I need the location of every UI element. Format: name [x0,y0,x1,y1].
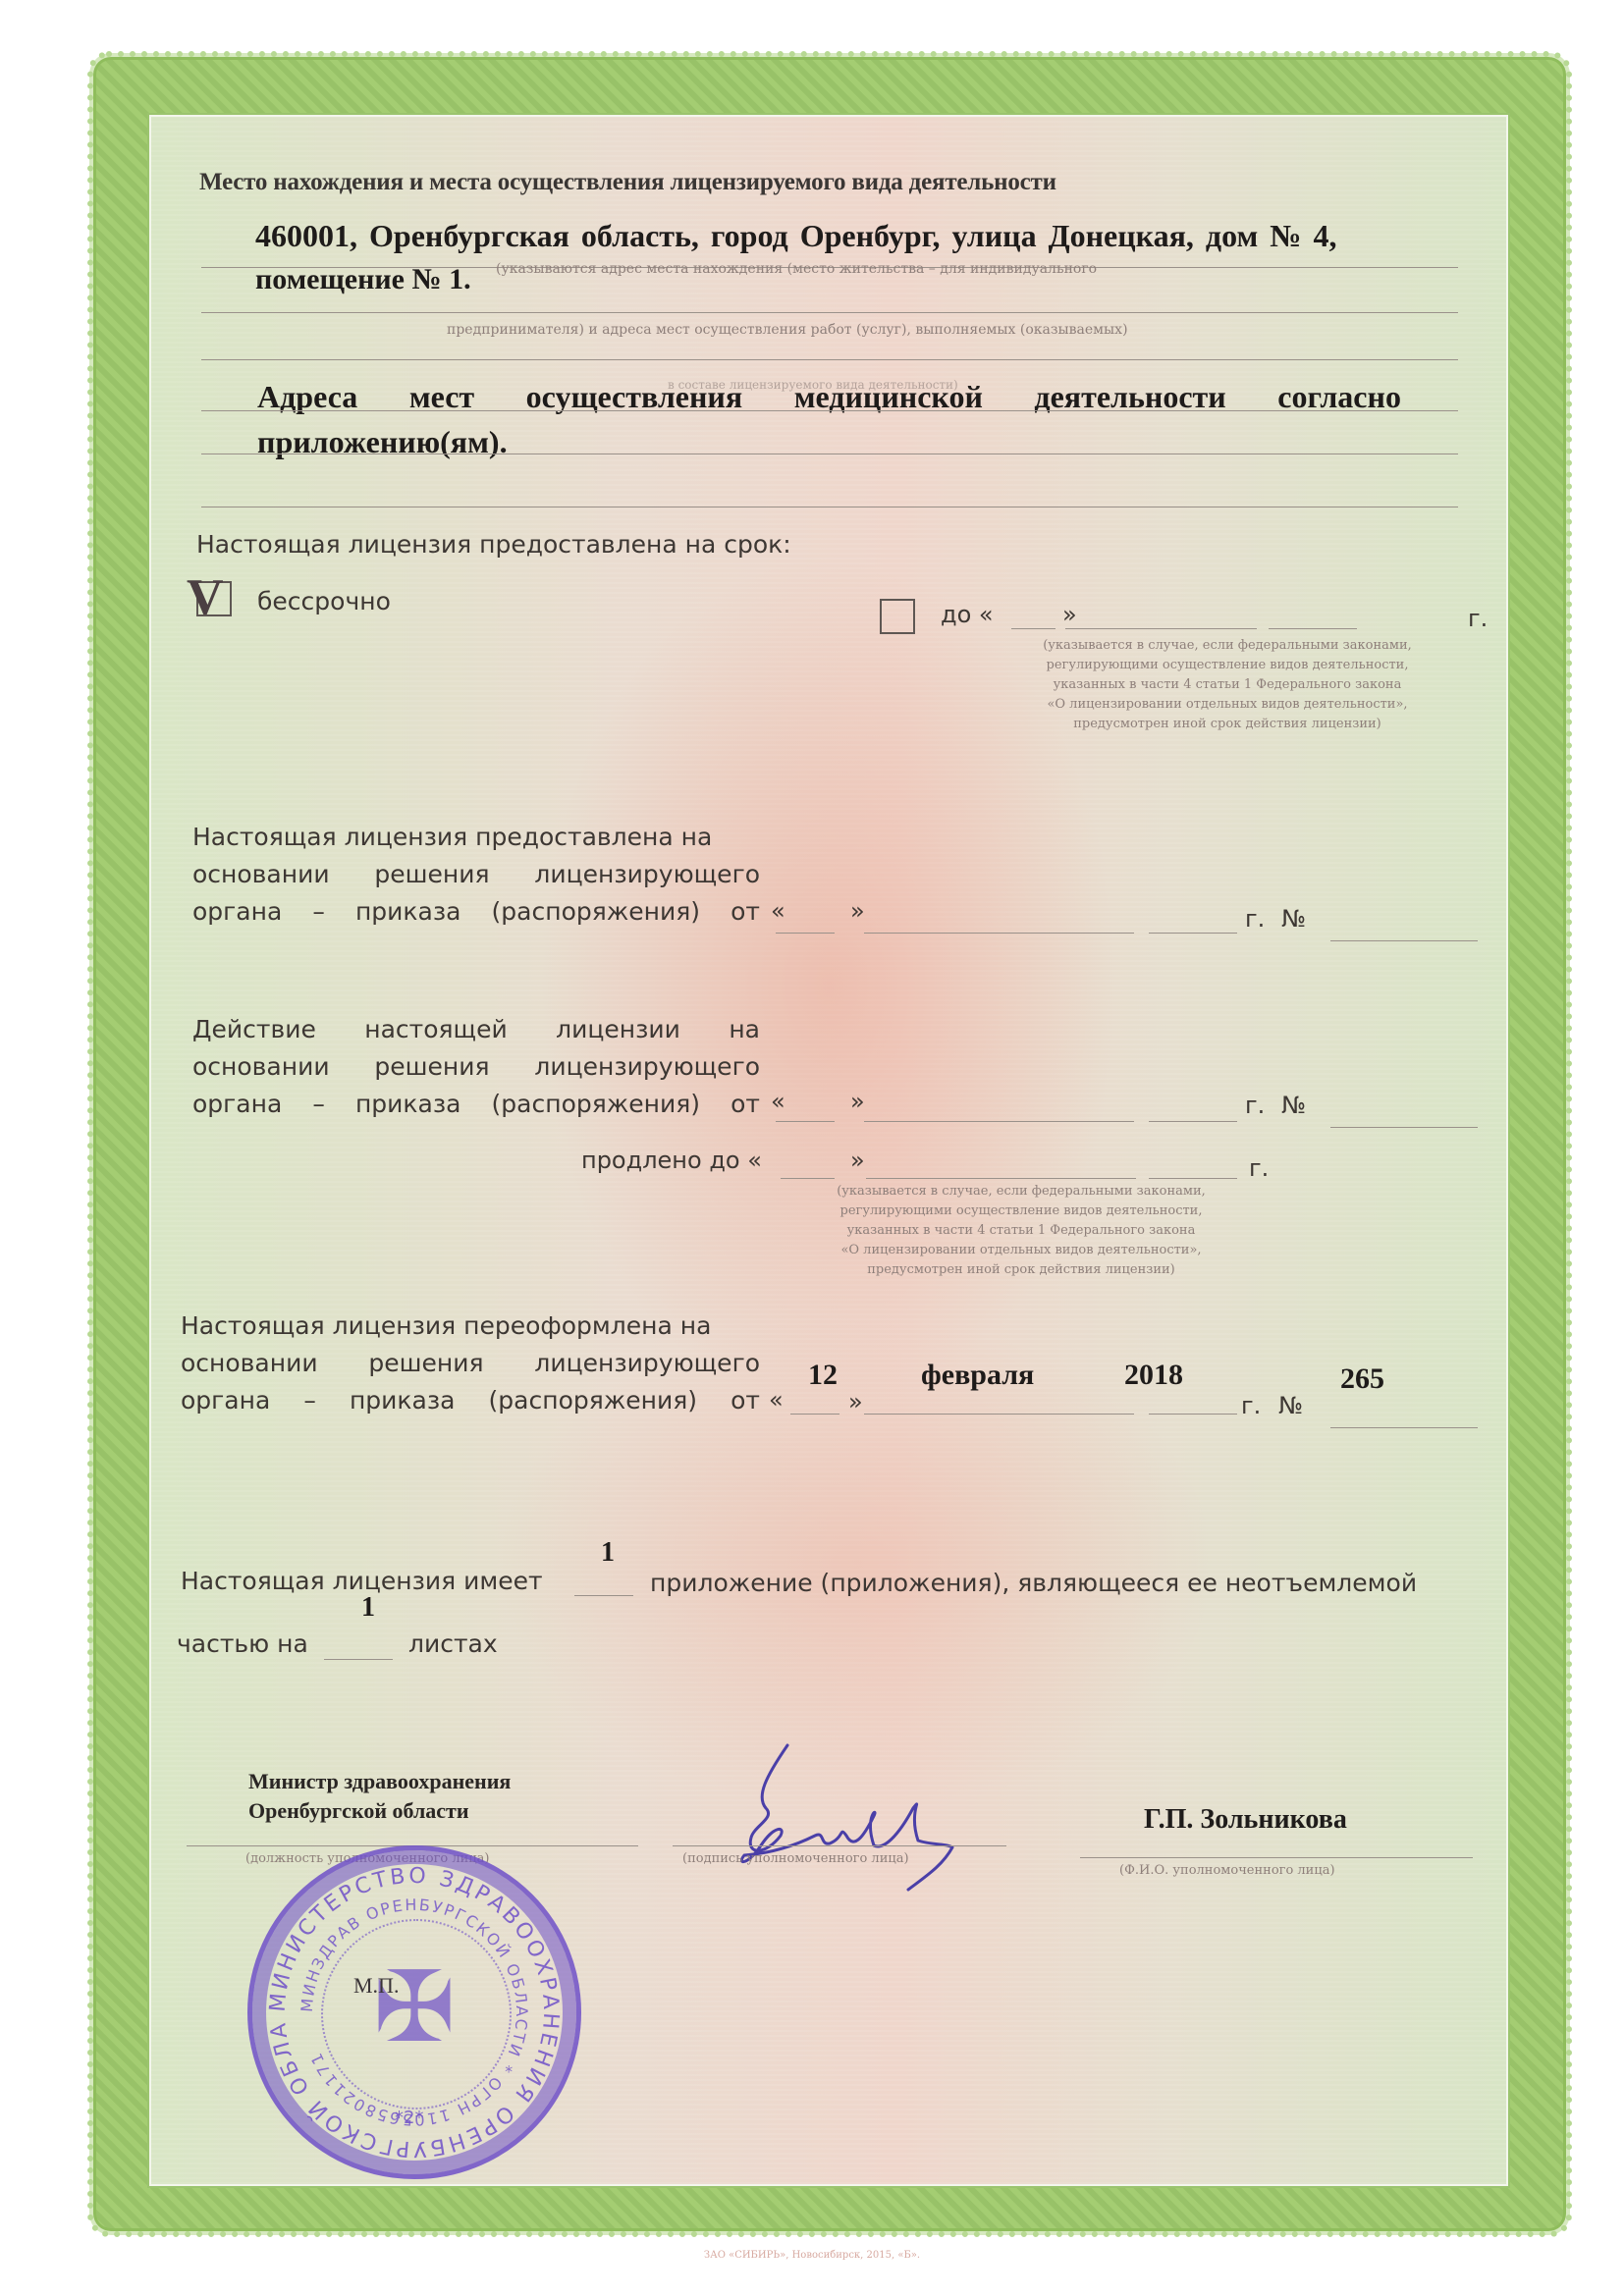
rule [201,312,1458,313]
appendix-text-before: Настоящая лицензия имеет [181,1567,543,1595]
reissued-quote-close: » [848,1388,863,1415]
until-year-suffix: г. [1468,605,1488,632]
hint-line: (указывается в случае, если федеральными… [776,1182,1267,1201]
appendix-text-sheets: листах [408,1629,498,1658]
rule [201,359,1458,360]
signature-rule [673,1845,1006,1846]
rule [201,454,1458,454]
granted-number-field[interactable] [1330,940,1478,941]
signature-hint: (подпись уполномоченного лица) [682,1849,909,1869]
hint-line: регулирующими осуществление видов деятел… [992,656,1463,675]
unlimited-label: бессрочно [257,587,391,615]
extended-number-field[interactable] [1330,1127,1478,1128]
location-hint-1: (указываются адрес места нахождения (мес… [496,259,1097,279]
reissued-month: февраля [921,1359,1034,1392]
until-year-field[interactable] [1269,628,1357,629]
extended-hint: (указывается в случае, если федеральными… [776,1182,1267,1280]
checkmark-icon: V [187,572,224,623]
extended-line: основании решения лицензирующего [192,1048,760,1086]
hint-line: предусмотрен иной срок действия лицензии… [776,1260,1267,1280]
until-month-field[interactable] [1065,628,1257,629]
until-checkbox[interactable] [880,599,915,634]
granted-quote-open: « [771,897,785,925]
reissued-day-field [790,1414,839,1415]
hint-line: регулирующими осуществление видов деятел… [776,1201,1267,1221]
seal-placeholder-label: М.П. [353,1973,399,1999]
granted-line: органа – приказа (распоряжения) от [192,893,760,931]
position-line: Оренбургской области [248,1796,511,1826]
hint-line: указанных в части 4 статьи 1 Федеральног… [776,1221,1267,1241]
rule [201,507,1458,507]
location-hint-2: предпринимателя) и адреса мест осуществл… [447,320,1128,340]
extended-day-field[interactable] [776,1121,835,1122]
term-hint: (указывается в случае, если федеральными… [992,636,1463,734]
granted-year-label: г. [1245,905,1265,933]
reissued-number-field [1330,1427,1478,1428]
reissued-text: Настоящая лицензия переоформлена на осно… [181,1308,760,1419]
appendix-text-part: частью на [177,1629,308,1658]
signature-icon [727,1728,1021,1895]
reissued-line: Настоящая лицензия переоформлена на [181,1308,760,1345]
hint-line: «О лицензировании отдельных видов деятел… [992,695,1463,715]
rule [201,410,1458,411]
location-heading: Место нахождения и места осуществления л… [199,169,1056,196]
extended-quote-open: « [771,1088,785,1115]
granted-year-field[interactable] [1149,933,1237,934]
position-line: Министр здравоохранения [248,1767,511,1796]
granted-text: Настоящая лицензия предоставлена на осно… [192,819,760,931]
extended-year-label: г. [1245,1092,1265,1119]
hint-line: (указывается в случае, если федеральными… [992,636,1463,656]
granted-quote-close: » [850,897,865,925]
extended-until-year-label: г. [1249,1154,1269,1182]
hint-line: «О лицензировании отдельных видов деятел… [776,1241,1267,1260]
extended-text: Действие настоящей лицензии на основании… [192,1011,760,1123]
coat-of-arms-icon: ✠ [355,1944,473,2071]
name-hint: (Ф.И.О. уполномоченного лица) [1119,1861,1335,1881]
granted-day-field[interactable] [776,933,835,934]
term-heading: Настоящая лицензия предоставлена на срок… [196,530,791,559]
hint-line: предусмотрен иной срок действия лицензии… [992,715,1463,734]
granted-number-label: № [1281,905,1306,933]
reissued-line: органа – приказа (распоряжения) от [181,1382,760,1419]
extended-month-field[interactable] [864,1121,1134,1122]
reissued-line: основании решения лицензирующего [181,1345,760,1382]
reissued-day: 12 [808,1359,838,1392]
reissued-number: 265 [1340,1362,1384,1396]
extended-until-month-field[interactable] [866,1178,1136,1179]
sheet-count: 1 [361,1592,375,1624]
until-day-field[interactable] [1011,628,1056,629]
appendix-count-field [574,1595,633,1596]
extended-until-day-field[interactable] [781,1178,835,1179]
reissued-number-label: № [1278,1392,1303,1419]
granted-line: основании решения лицензирующего [192,856,760,893]
extended-year-field[interactable] [1149,1121,1237,1122]
addresses-text-line-2: приложению(ям). [257,424,508,460]
sheet-count-field [324,1659,393,1660]
extended-number-label: № [1281,1092,1306,1119]
extended-quote-close: » [850,1088,865,1115]
appendix-text-after: приложение (приложения), являющееся ее н… [650,1569,1417,1597]
hint-line: указанных в части 4 статьи 1 Федеральног… [992,675,1463,695]
reissued-quote-open: « [769,1386,784,1414]
seal-number: *2* [395,2108,423,2128]
extended-until-year-field[interactable] [1149,1178,1237,1179]
granted-line: Настоящая лицензия предоставлена на [192,819,760,856]
name-rule [1080,1857,1473,1858]
reissued-month-field [864,1414,1134,1415]
official-name: Г.П. Зольникова [1144,1804,1347,1836]
extended-line: органа – приказа (распоряжения) от [192,1086,760,1123]
extended-until-quote-close: » [850,1147,865,1174]
until-prefix: до « [941,601,994,628]
reissued-year-label: г. [1241,1392,1261,1419]
appendix-count: 1 [601,1537,615,1569]
address-line-1: 460001, Оренбургская область, город Орен… [255,218,1336,254]
until-quote-close: » [1062,601,1077,628]
reissued-year-field [1149,1414,1237,1415]
granted-month-field[interactable] [864,933,1134,934]
reissued-year: 2018 [1124,1359,1183,1392]
address-line-2: помещение № 1. [255,263,471,296]
extended-until-label: продлено до « [581,1147,762,1174]
printer-imprint: ЗАО «СИБИРЬ», Новосибирск, 2015, «Б». [0,2250,1624,2261]
official-seal: МИНИСТЕРСТВО ЗДРАВООХРАНЕНИЯ ОРЕНБУРГСКО… [247,1845,581,2179]
official-position: Министр здравоохранения Оренбургской обл… [248,1767,511,1826]
extended-line: Действие настоящей лицензии на [192,1011,760,1048]
